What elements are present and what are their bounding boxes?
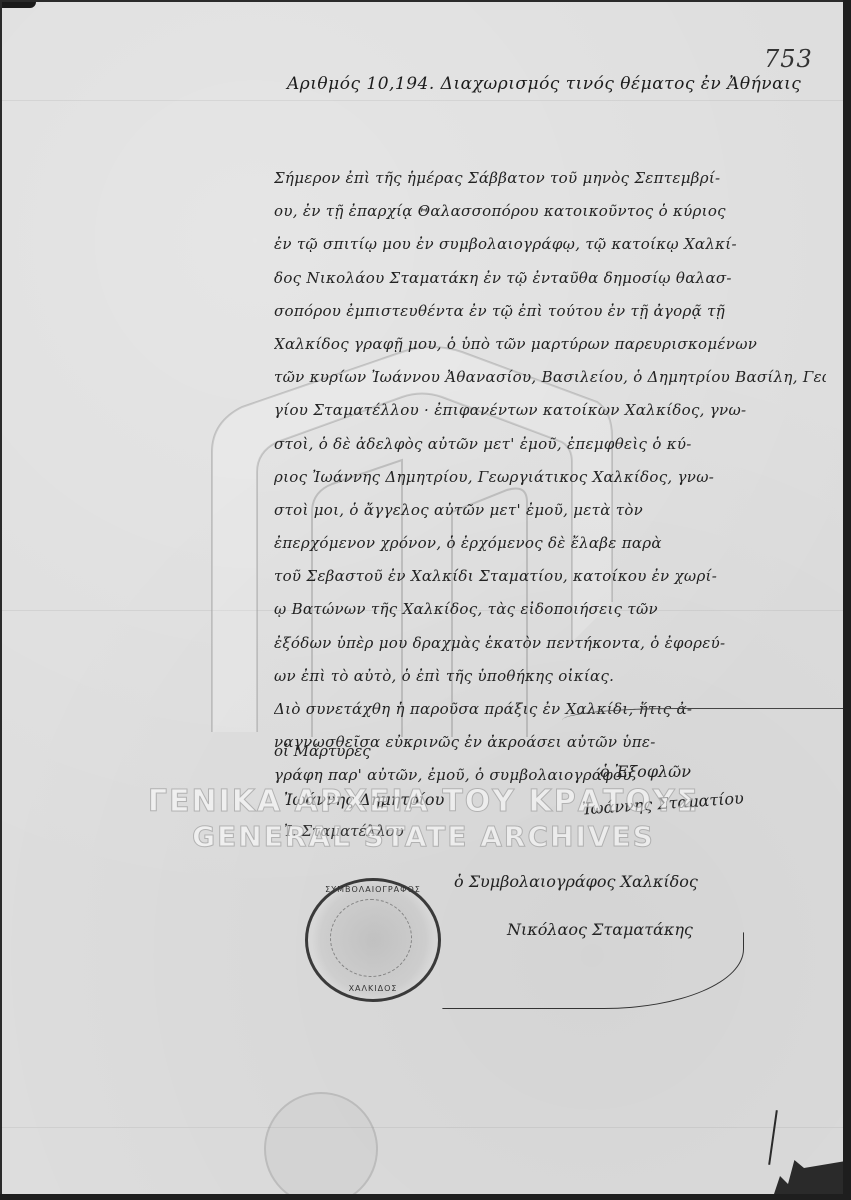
body-line: ων ἐπὶ τὸ αὐτὸ, ὁ ἐπὶ τῆς ὑποθήκης οἰκία… <box>274 660 826 693</box>
body-line: ἐν τῷ σπιτίῳ μου ἐν συμβολαιογράφῳ, τῷ κ… <box>274 228 826 261</box>
scan-border-right <box>843 0 851 1200</box>
signature-flourish <box>442 932 744 1009</box>
body-line: σοπόρου ἐμπιστευθέντα ἐν τῷ ἐπὶ τούτου ἐ… <box>274 295 826 328</box>
body-line: στοὶ, ὁ δὲ ἀδελφὸς αὐτῶν μετ' ἐμοῦ, ἐπεμ… <box>274 428 826 461</box>
folio-number: 753 <box>764 45 813 73</box>
watermark-english: GENERAL STATE ARCHIVES <box>2 820 845 853</box>
seal-inner-ring <box>330 899 412 977</box>
watermark-greek: ΓΕΝΙΚΑ ΑΡΧΕΙΑ ΤΟΥ ΚΡΑΤΟΥΣ <box>2 784 845 819</box>
body-line: ῳ Βατώνων τῆς Χαλκίδος, τὰς εἰδοποιήσεις… <box>274 593 826 626</box>
witnesses-label: οἱ Μάρτυρες <box>274 742 371 760</box>
document-heading: Αριθμός 10,194. Διαχωρισμός τινός θέματο… <box>287 74 827 94</box>
scan-border-bottom <box>0 1194 851 1200</box>
body-line: στοὶ μοι, ὁ ἄγγελος αὐτῶν μετ' ἐμοῦ, μετ… <box>274 494 826 527</box>
body-line: Σήμερον ἐπὶ τῆς ἡμέρας Σάββατον τοῦ μηνὸ… <box>274 162 826 195</box>
paper-fold-line <box>2 100 845 101</box>
paper-fold-line <box>2 1127 845 1128</box>
body-line: γίου Σταματέλλου · ἐπιφανέντων κατοίκων … <box>274 394 826 427</box>
body-line: τῶν κυρίων Ἰωάννου Ἀθανασίου, Βασιλείου,… <box>274 361 826 394</box>
faint-bleedthrough-stamp-icon <box>264 1092 378 1200</box>
debtor-label: ὁ Ἐξοφλῶν <box>600 762 691 781</box>
body-line: τοῦ Σεβαστοῦ ἐν Χαλκίδι Σταματίου, κατοί… <box>274 560 826 593</box>
document-body: Σήμερον ἐπὶ τῆς ἡμέρας Σάββατον τοῦ μηνὸ… <box>274 162 826 793</box>
body-line: Χαλκίδος γραφῇ μου, ὁ ὑπὸ τῶν μαρτύρων π… <box>274 328 826 361</box>
body-line: δος Νικολάου Σταματάκη ἐν τῷ ἐνταῦθα δημ… <box>274 262 826 295</box>
document-page: 753 Αριθμός 10,194. Διαχωρισμός τινός θέ… <box>2 2 845 1194</box>
seal-text-bottom: ΧΑΛΚΙΔΟΣ <box>318 984 428 993</box>
body-line: ου, ἐν τῇ ἐπαρχίᾳ Θαλασσοπόρου κατοικοῦν… <box>274 195 826 228</box>
notary-seal-stamp-icon: ΣΥΜΒΟΛΑΙΟΓΡΑΦΟΣ ΧΑΛΚΙΔΟΣ <box>305 878 441 1002</box>
body-line: ριος Ἰωάννης Δημητρίου, Γεωργιάτικος Χαλ… <box>274 461 826 494</box>
notary-title: ὁ Συμβολαιογράφος Χαλκίδος <box>454 872 698 891</box>
seal-text-top: ΣΥΜΒΟΛΑΙΟΓΡΑΦΟΣ <box>318 885 428 894</box>
scan-corner-mark <box>2 2 36 8</box>
body-line: ἐπερχόμενον χρόνον, ὁ ἐρχόμενος δὲ ἔλαβε… <box>274 527 826 560</box>
body-line: ἐξόδων ὑπὲρ μου δραχμὰς ἑκατὸν πεντήκοντ… <box>274 627 826 660</box>
closing-flourish-line <box>562 708 847 739</box>
